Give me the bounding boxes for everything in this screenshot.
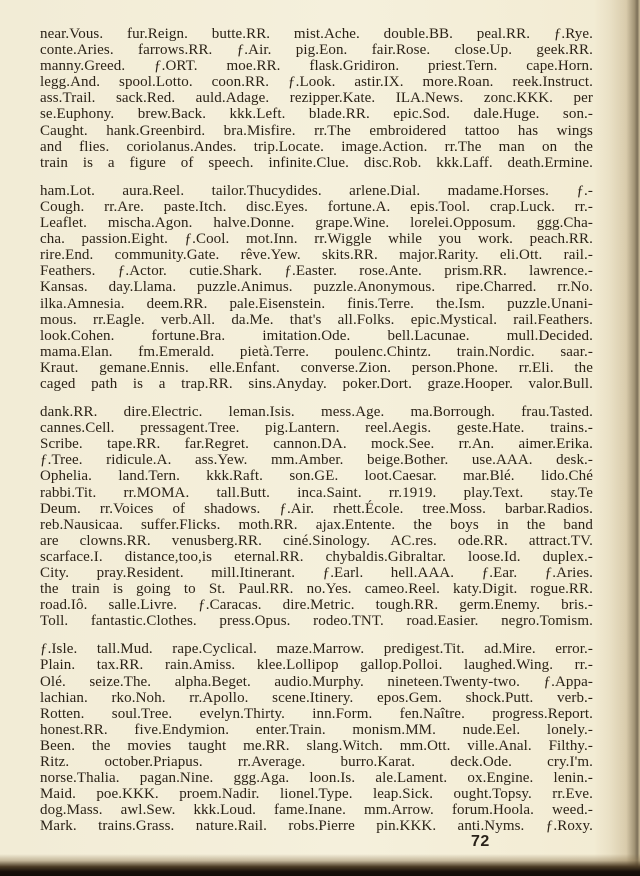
- text-line: ass.Trail. sack.Red. auld.Adage. rezippe…: [40, 90, 593, 106]
- text-line: Scribe. tape.RR. far.Regret. cannon.DA. …: [40, 436, 593, 452]
- page-number: 72: [471, 833, 490, 851]
- text-line: norse.Thalia. pagan.Nine. ggg.Aga. loon.…: [40, 770, 593, 786]
- text-line: conte.Aries. farrows.RR. ƒ.Air. pig.Eon.…: [40, 42, 593, 58]
- text-line: dog.Mass. awl.Sew. kkk.Loud. fame.Inane.…: [40, 802, 593, 818]
- paragraph: ƒ.Isle. tall.Mud. rape.Cyclical. maze.Ma…: [40, 641, 593, 834]
- text-line: ƒ.Tree. ridicule.A. ass.Yew. mm.Amber. b…: [40, 452, 593, 468]
- page-edge-right: [594, 0, 640, 876]
- text-line: Kraut. gemane.Ennis. elle.Enfant. conver…: [40, 360, 593, 376]
- paragraph: near.Vous. fur.Reign. butte.RR. mist.Ach…: [40, 26, 593, 171]
- text-line: legg.And. spool.Lotto. coon.RR. ƒ.Look. …: [40, 74, 593, 90]
- text-line: Olé. seize.The. alpha.Beget. audio.Murph…: [40, 674, 593, 690]
- text-line: Rotten. soul.Tree. evelyn.Thirty. inn.Fo…: [40, 706, 593, 722]
- text-line: Been. the movies taught me.RR. slang.Wit…: [40, 738, 593, 754]
- text-line: and flies. coriolanus.Andes. trip.Locate…: [40, 139, 593, 155]
- text-block: near.Vous. fur.Reign. butte.RR. mist.Ach…: [40, 26, 593, 835]
- text-line: mama.Elan. fm.Emerald. pietà.Terre. poul…: [40, 344, 593, 360]
- text-line: manny.Greed. ƒ.ORT. moe.RR. flask.Gridir…: [40, 58, 593, 74]
- text-line: honest.RR. five.Endymion. enter.Train. m…: [40, 722, 593, 738]
- text-line: caged path is a trap.RR. sins.Anyday. po…: [40, 376, 593, 392]
- text-line: rabbi.Tit. rr.MOMA. tall.Butt. inca.Sain…: [40, 485, 593, 501]
- text-line: train is a figure of speech. infinite.Cl…: [40, 155, 593, 171]
- text-line: mous. rr.Eagle. verb.All. da.Me. that's …: [40, 312, 593, 328]
- book-page: near.Vous. fur.Reign. butte.RR. mist.Ach…: [0, 0, 640, 876]
- paragraph: ham.Lot. aura.Reel. tailor.Thucydides. a…: [40, 183, 593, 392]
- text-line: se.Euphony. brew.Back. kkk.Left. blade.R…: [40, 106, 593, 122]
- text-line: reb.Nausicaa. suffer.Flicks. moth.RR. aj…: [40, 517, 593, 533]
- text-line: Ophelia. land.Tern. kkk.Raft. son.GE. lo…: [40, 468, 593, 484]
- text-line: dank.RR. dire.Electric. leman.Isis. mess…: [40, 404, 593, 420]
- text-line: lachian. rko.Noh. rr.Apollo. scene.Itine…: [40, 690, 593, 706]
- text-line: Maid. poe.KKK. proem.Nadir. lionel.Type.…: [40, 786, 593, 802]
- text-line: Caught. hank.Greenbird. bra.Misfire. rr.…: [40, 123, 593, 139]
- paragraph: dank.RR. dire.Electric. leman.Isis. mess…: [40, 404, 593, 629]
- text-line: City. pray.Resident. mill.Itinerant. ƒ.E…: [40, 565, 593, 581]
- text-line: near.Vous. fur.Reign. butte.RR. mist.Ach…: [40, 26, 593, 42]
- text-line: Plain. tax.RR. rain.Amiss. klee.Lollipop…: [40, 657, 593, 673]
- text-line: Feathers. ƒ.Actor. cutie.Shark. ƒ.Easter…: [40, 263, 593, 279]
- text-line: ham.Lot. aura.Reel. tailor.Thucydides. a…: [40, 183, 593, 199]
- text-line: are clowns.RR. venusberg.RR. ciné.Sinolo…: [40, 533, 593, 549]
- text-line: Mark. trains.Grass. nature.Rail. robs.Pi…: [40, 818, 593, 834]
- text-line: road.Iô. salle.Livre. ƒ.Caracas. dire.Me…: [40, 597, 593, 613]
- text-line: Toll. fantastic.Clothes. press.Opus. rod…: [40, 613, 593, 629]
- text-line: cha. passion.Eight. ƒ.Cool. mot.Inn. rr.…: [40, 231, 593, 247]
- text-line: the train is going to St. Paul.RR. no.Ye…: [40, 581, 593, 597]
- text-line: rire.End. community.Gate. rêve.Yew. skit…: [40, 247, 593, 263]
- text-line: ƒ.Isle. tall.Mud. rape.Cyclical. maze.Ma…: [40, 641, 593, 657]
- text-line: cannes.Cell. pressagent.Tree. pig.Lanter…: [40, 420, 593, 436]
- text-line: Deum. rr.Voices of shadows. ƒ.Air. rhett…: [40, 501, 593, 517]
- text-line: Kansas. day.Llama. puzzle.Animus. puzzle…: [40, 279, 593, 295]
- text-line: look.Cohen. fortune.Bra. imitation.Ode. …: [40, 328, 593, 344]
- text-line: Cough. rr.Are. paste.Itch. disc.Eyes. fo…: [40, 199, 593, 215]
- text-line: Ritz. october.Priapus. rr.Average. burro…: [40, 754, 593, 770]
- page-edge-bottom: [0, 854, 640, 876]
- text-line: ilka.Amnesia. deem.RR. pale.Eisenstein. …: [40, 296, 593, 312]
- text-line: Leaflet. mischa.Agon. halve.Donne. grape…: [40, 215, 593, 231]
- text-line: scarface.I. distance,too,is eternal.RR. …: [40, 549, 593, 565]
